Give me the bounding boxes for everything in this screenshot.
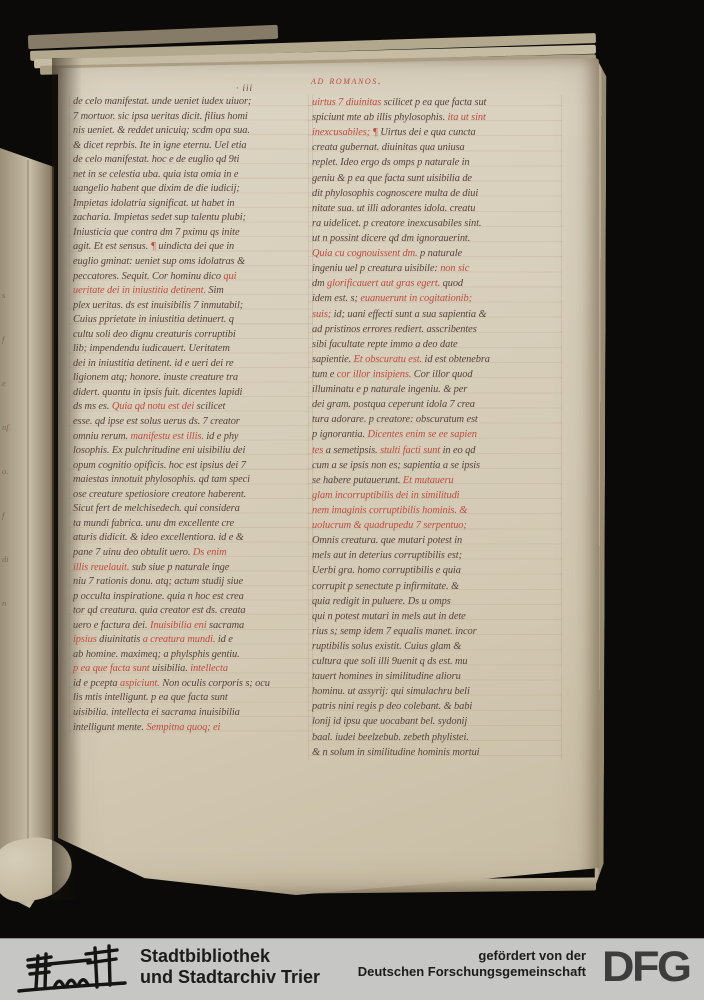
ink-text: didert. quantu in ipsis fuit. dicentes l… [73,387,242,398]
ink-text: & dicet reprbis. Ite in igne eternu. Uel… [73,140,246,151]
ink-text: quod [443,278,463,289]
manuscript-line: uolucrum & quadrupedu 7 serpentuo; [312,518,558,533]
rubric-text: intellecta [190,663,228,674]
showthrough-letter: n [2,598,22,608]
ink-text: Uerbi gra. homo corruptibilis e quia [312,565,461,576]
ink-text: lis mtis intelligunt. p ea que facta sun… [73,692,228,703]
ink-text: Non oculis corporis s; ocu [162,678,270,689]
rubric-text: nem imaginis corruptibilis hominis. & [312,505,467,516]
ink-text: uisibilia. [152,663,190,674]
rubric-text: manifestu est illis. [130,431,206,442]
ink-text: uisibilia. intellecta ei sacrama inuisib… [73,707,240,718]
rubric-text: illis reuelauit. [73,562,132,573]
ink-text: Impietas idolatria significat. ut habet … [73,198,234,209]
manuscript-line: cum a se ipsis non es; sapientia a se ip… [312,458,558,473]
manuscript-line: hominu. ut assyrij: qui simulachru beli [312,684,558,699]
manuscript-line: dit phylosophis cognoscere multa de diui [312,186,558,201]
ink-text: hominu. ut assyrij: qui simulachru beli [312,686,470,697]
manuscript-line: geniu & p ea que facta sunt uisibilia de [312,171,558,186]
showthrough-letter: di [2,554,22,564]
rubric-text: stulti facti sunt [380,445,443,456]
manuscript-line: didert. quantu in ipsis fuit. dicentes l… [73,386,309,401]
manuscript-line: dm glorificauert aut gras egert. quod [312,276,558,291]
ink-text: agit. Et est sensus. [73,241,151,252]
ink-text: id e [218,634,233,645]
ink-text: lonij id ipsu que uocabant bel. sydonij [312,716,467,727]
ink-text: creata gubernat. diuinitas qua uniusa [312,142,465,153]
rubric-text: uolucrum & quadrupedu 7 serpentuo; [312,520,467,531]
manuscript-line: net in se celestia uba. quia ista omia i… [73,168,309,183]
manuscript-line: p occulta inspiratione. quia n hoc est c… [73,590,309,605]
manuscript-line: ta mundi fabrica. unu dm excellente cre [73,517,309,532]
manuscript-line: Sicut fert de melchisedech. qui consider… [73,502,309,517]
folio-mark: · iii [236,83,253,93]
ink-text: ruptibilis solus existit. Cuius glam & [312,641,461,652]
ink-text: zacharia. Impietas sedet sup talentu plu… [73,212,246,223]
ink-text: ligionem atq; honore. inuste creature tr… [73,372,238,383]
manuscript-line: tum e cor illor insipiens. Cor illor quo… [312,367,558,382]
manuscript-line: tor qd creatura. quia creator est ds. cr… [73,604,309,619]
ink-text: sibi facultate repte immo a deo date [312,339,458,350]
manuscript-line: cultura que soli illi 9uenit q ds est. m… [312,654,558,669]
ink-text: net in se celestia uba. quia ista omia i… [73,169,238,180]
manuscript-line: p ignorantia. Dicentes enim se ee sapien [312,427,558,442]
running-header-rubric: ad romanos. [311,75,382,87]
manuscript-line: quia redigit in puluere. Ds u omps [312,594,558,609]
ink-text: uindicta dei que in [158,241,234,252]
manuscript-line: uero e factura dei. Inuisibilia eni sacr… [73,619,309,634]
manuscript-line: mels aut in deterius corruptibilis est; [312,548,558,563]
manuscript-line: ab homine. maximeq; a phylsphis gentiu. [73,648,309,663]
manuscript-line: glam incorruptibilis dei in similitudi [312,488,558,503]
showthrough-letter: o. [2,466,22,476]
rubric-text: inexcusabiles; ¶ [312,127,380,138]
manuscript-line: aturis didicit. & ideo excellentiora. id… [73,531,309,546]
funding-note: gefördert von der Deutschen Forschungsge… [358,948,586,980]
ink-text: niu 7 rationis donu. atq; actum studij s… [73,576,243,587]
ink-text: aturis didicit. & ideo excellentiora. id… [73,532,244,543]
funding-line2: Deutschen Forschungsgemeinschaft [358,964,586,980]
manuscript-line: euglio gminat: ueniet sup oms idolatras … [73,255,309,270]
ink-text: tauert homines in similitudine alioru [312,671,461,682]
ink-text: patris nini regis p deo colebant. & babi [312,701,472,712]
ink-text: baal. iudei beelzebub. zebeth phylistei. [312,732,469,743]
manuscript-line: ligionem atq; honore. inuste creature tr… [73,371,309,386]
ink-text: dei gram. postqua ceperunt idola 7 crea [312,399,475,410]
manuscript-line: Impietas idolatria significat. ut habet … [73,197,309,212]
ink-text: in eo qd [443,445,476,456]
ink-text: lib; impendendu iudicauert. Ueritatem [73,343,230,354]
manuscript-line: Quia cu cognouissent dm. p naturale [312,246,558,261]
manuscript-line: rius s; semp idem 7 equalis manet. incor [312,624,558,639]
manuscript-line: lis mtis intelligunt. p ea que facta sun… [73,691,309,706]
manuscript-line: losophis. Ex pulchritudine eni uisibiliu… [73,444,309,459]
funding-line1: gefördert von der [358,948,586,964]
rubric-text: euanuerunt in cogitationib; [360,293,472,304]
ink-text: cultu soli deo dignu creaturis corruptib… [73,329,236,340]
manuscript-line: Uerbi gra. homo corruptibilis e quia [312,563,558,578]
ink-text: ab homine. maximeq; a phylsphis gentiu. [73,649,240,660]
manuscript-line: inexcusabiles; ¶ Uirtus dei e qua cuncta [312,125,558,140]
ink-text: nitate sua. ut illi adorantes idola. cre… [312,203,475,214]
manuscript-line: de celo manifestat. hoc e de euglio qd 9… [73,153,309,168]
manuscript-line: uangelio habent que dixim de die iudicij… [73,182,309,197]
ink-text: maiestas innotuit phylosophis. qd tam sp… [73,474,250,485]
ink-text: ingeniu uel p creatura uisibile: [312,263,440,274]
ink-text: p occulta inspiratione. quia n hoc est c… [73,591,244,602]
rubric-text: tes [312,445,326,456]
manuscript-line: illis reuelauit. sub siue p naturale ing… [73,561,309,576]
manuscript-line: de celo manifestat. unde ueniet iudex ui… [73,95,309,110]
ink-text: uero e factura dei. [73,620,150,631]
ink-text: Sim [208,285,223,296]
ink-text: Sicut fert de melchisedech. qui consider… [73,503,240,514]
ink-text: ra uidelicet. p creatore inexcusabiles s… [312,218,481,229]
ink-text: euglio gminat: ueniet sup oms idolatras … [73,256,245,267]
manuscript-line: ds ms es. Quia qd notu est dei scilicet [73,400,309,415]
ink-text: tura adorare. p creatore: obscuratum est [312,414,478,425]
ink-text: intelligunt mente. [73,722,146,733]
manuscript-line: uisibilia. intellecta ei sacrama inuisib… [73,706,309,721]
ink-text: omniu rerum. [73,431,130,442]
ink-text: illuminatu e p naturale ingeniu. & per [312,384,467,395]
manuscript-line: ingeniu uel p creatura uisibile: non sic [312,261,558,276]
manuscript-line: ad pristinos errores rediert. asscribent… [312,322,558,337]
manuscript-line: ruptibilis solus existit. Cuius glam & [312,639,558,654]
rubric-text: uirtus 7 diuinitas [312,97,384,108]
rubric-text: p ea que facta sunt [73,663,152,674]
manuscript-line: 7 mortuor. sic ipsa ueritas dicit. filiu… [73,110,309,125]
ink-text: uangelio habent que dixim de die iudicij… [73,183,240,194]
rubric-text: Ds enim [193,547,227,558]
manuscript-line: lonij id ipsu que uocabant bel. sydonij [312,714,558,729]
manuscript-line: Iniusticia que contra dm 7 pximu qs init… [73,226,309,241]
manuscript-line: & n solum in similitudine hominis mortui [312,745,558,760]
manuscript-line: suis; id; uani effecti sunt a sua sapien… [312,307,558,322]
manuscript-line: idem est. s; euanuerunt in cogitationib; [312,291,558,306]
ink-text: peccatores. Sequit. Cor hominu dico [73,271,223,282]
ink-text: ose creature spetiosiore creatore habere… [73,489,246,500]
manuscript-line: agit. Et est sensus. ¶ uindicta dei que … [73,240,309,255]
rubric-text: Quia cu cognouissent dm. [312,248,420,259]
ink-text: cultura que soli illi 9uenit q ds est. m… [312,656,468,667]
rubric-text: cor illor insipiens. [337,369,414,380]
ink-text: spiciunt mte ab illis phylosophis. [312,112,448,123]
ink-text: sacrama [209,620,244,631]
manuscript-line: tes a semetipsis. stulti facti sunt in e… [312,443,558,458]
showthrough-fragments: sfenfo.fdin [2,290,22,608]
manuscript-line: plex ueritas. ds est inuisibilis 7 inmut… [73,299,309,314]
manuscript-line: esse. qd ipse est solus uerus ds. 7 crea… [73,415,309,430]
library-name-line2: und Stadtarchiv Trier [140,967,320,988]
rubric-text: glam incorruptibilis dei in similitudi [312,490,459,501]
ink-text: ds ms es. [73,401,112,412]
ink-text: p naturale [420,248,462,259]
ink-text: idem est. s; [312,293,360,304]
rubric-text: non sic [440,263,469,274]
manuscript-line: maiestas innotuit phylosophis. qd tam sp… [73,473,309,488]
ink-text: de celo manifestat. hoc e de euglio qd 9… [73,154,239,165]
ink-text: replet. Ideo ergo ds omps p naturale in [312,157,470,168]
showthrough-letter: nf [2,422,22,432]
ink-text: sub siue p naturale inge [132,562,229,573]
rubric-text: a creatura mundi. [143,634,218,645]
manuscript-line: replet. Ideo ergo ds omps p naturale in [312,155,558,170]
ink-text: quia redigit in puluere. Ds u omps [312,596,451,607]
ink-text: ad pristinos errores rediert. asscribent… [312,324,477,335]
manuscript-line: id e pcepta aspiciunt. Non oculis corpor… [73,677,309,692]
manuscript-line: omniu rerum. manifestu est illis. id e p… [73,430,309,445]
trier-porta-nigra-logo-icon [16,943,128,997]
library-name-line1: Stadtbibliothek [140,946,320,967]
rubric-text: aspiciunt. [120,678,162,689]
manuscript-line: niu 7 rationis donu. atq; actum studij s… [73,575,309,590]
manuscript-line: illuminatu e p naturale ingeniu. & per [312,382,558,397]
showthrough-letter: e [2,378,22,388]
ink-text: rius s; semp idem 7 equalis manet. incor [312,626,477,637]
ink-text: plex ueritas. ds est inuisibilis 7 inmut… [73,300,243,311]
manuscript-line: patris nini regis p deo colebant. & babi [312,699,558,714]
ink-text: mels aut in deterius corruptibilis est; [312,550,462,561]
manuscript-line: creata gubernat. diuinitas qua uniusa [312,140,558,155]
ink-text: pane 7 uinu deo obtulit uero. [73,547,193,558]
ink-text: ta mundi fabrica. unu dm excellente cre [73,518,234,529]
manuscript-line: sibi facultate repte immo a deo date [312,337,558,352]
rubric-text: Sempitna quoq; ei [146,722,220,733]
ink-text: Cuius pprietate in iniustitia detinuert.… [73,314,234,325]
rubric-text: suis; [312,309,334,320]
manuscript-line: cultu soli deo dignu creaturis corruptib… [73,328,309,343]
ink-text: Uirtus dei e qua cuncta [380,127,475,138]
rubric-text: glorificauert aut gras egert. [327,278,443,289]
ink-text: id e pcepta [73,678,120,689]
manuscript-line: ra uidelicet. p creatore inexcusabiles s… [312,216,558,231]
ink-text: opum cognitio opificis. hoc est ipsius d… [73,460,246,471]
manuscript-line: dei in iniustitia detinent. id e ueri de… [73,357,309,372]
manuscript-line: baal. iudei beelzebub. zebeth phylistei. [312,730,558,745]
manuscript-line: ose creature spetiosiore creatore habere… [73,488,309,503]
manuscript-line: Cuius pprietate in iniustitia detinuert.… [73,313,309,328]
ink-text: & n solum in similitudine hominis mortui [312,747,479,758]
ink-text: esse. qd ipse est solus uerus ds. 7 crea… [73,416,240,427]
library-name: Stadtbibliothek und Stadtarchiv Trier [140,946,320,988]
ink-text: nis ueniet. & reddet unicuiq; scdm opa s… [73,125,250,136]
ink-text: p ignorantia. [312,429,367,440]
manuscript-line: nis ueniet. & reddet unicuiq; scdm opa s… [73,124,309,139]
ink-text: sapientie. [312,354,354,365]
manuscript-line: tauert homines in similitudine alioru [312,669,558,684]
rubric-text: Et obscuratu est. [354,354,425,365]
manuscript-line: dei gram. postqua ceperunt idola 7 crea [312,397,558,412]
manuscript-line: lib; impendendu iudicauert. Ueritatem [73,342,309,357]
ink-text: a semetipsis. [326,445,380,456]
ink-text: Omnis creatura. que mutari potest in [312,535,462,546]
ink-text: ut n possint dicere qd dm ignorauerint. [312,233,470,244]
manuscript-line: nem imaginis corruptibilis hominis. & [312,503,558,518]
ink-text: scilicet p ea que facta sut [384,97,487,108]
ink-text: de celo manifestat. unde ueniet iudex ui… [73,96,251,107]
digitized-manuscript-photo: sfenfo.fdin ad romanos. · iii de celo ma… [0,0,704,1000]
manuscript-line: ipsius diuinitatis a creatura mundi. id … [73,633,309,648]
manuscript-line: & dicet reprbis. Ite in igne eternu. Uel… [73,139,309,154]
rubric-text: Inuisibilia eni [150,620,209,631]
manuscript-line: opum cognitio opificis. hoc est ipsius d… [73,459,309,474]
showthrough-letter: f [2,510,22,520]
ink-text: corrupit p senectute p infirmitate. & [312,581,459,592]
ink-text: diuinitatis [99,634,143,645]
rubric-text: qui [223,271,236,282]
ink-text: id; uani effecti sunt a sua sapientia & [334,309,487,320]
rubric-text: ita ut sint [448,112,486,123]
ink-text: qui n potest mutari in mels aut in dete [312,611,466,622]
manuscript-line: ueritate dei in iniustitia detinent. Sim [73,284,309,299]
manuscript-line: p ea que facta sunt uisibilia. intellect… [73,662,309,677]
ink-text: Iniusticia que contra dm 7 pximu qs init… [73,227,239,238]
manuscript-line: nitate sua. ut illi adorantes idola. cre… [312,201,558,216]
page-crease [27,160,29,890]
ink-text: cum a se ipsis non es; sapientia a se ip… [312,460,480,471]
manuscript-line: qui n potest mutari in mels aut in dete [312,609,558,624]
manuscript-line: corrupit p senectute p infirmitate. & [312,579,558,594]
manuscript-line: peccatores. Sequit. Cor hominu dico qui [73,270,309,285]
ink-text: tor qd creatura. quia creator est ds. cr… [73,605,246,616]
ink-text: 7 mortuor. sic ipsa ueritas dicit. filiu… [73,111,248,122]
manuscript-line: tura adorare. p creatore: obscuratum est [312,412,558,427]
manuscript-line: uirtus 7 diuinitas scilicet p ea que fac… [312,95,558,110]
ink-text: dm [312,278,327,289]
ink-text: se habere putauerunt. [312,475,403,486]
manuscript-line: pane 7 uinu deo obtulit uero. Ds enim [73,546,309,561]
dfg-logo: DFG [602,942,690,991]
manuscript-line: ut n possint dicere qd dm ignorauerint. [312,231,558,246]
ink-text: dit phylosophis cognoscere multa de diui [312,188,478,199]
rubric-text: Dicentes enim se ee sapien [367,429,476,440]
manuscript-line: se habere putauerunt. Et mutaueru [312,473,558,488]
ink-text: id est obtenebra [425,354,490,365]
ink-text: scilicet [197,401,226,412]
showthrough-letter: s [2,290,22,300]
ink-text: id e phy [206,431,238,442]
rubric-text: ueritate dei in iniustitia detinent. [73,285,208,296]
manuscript-line: intelligunt mente. Sempitna quoq; ei [73,721,309,736]
text-column-right: uirtus 7 diuinitas scilicet p ea que fac… [308,95,562,760]
ink-text: Cor illor quod [414,369,473,380]
ink-text: geniu & p ea que facta sunt uisibilia de [312,173,472,184]
rubric-text: ipsius [73,634,99,645]
ink-text: dei in iniustitia detinent. id e ueri de… [73,358,234,369]
manuscript-line: spiciunt mte ab illis phylosophis. ita u… [312,110,558,125]
rubric-text: Quia qd notu est dei [112,401,197,412]
text-column-left: de celo manifestat. unde ueniet iudex ui… [69,95,313,735]
ink-text: tum e [312,369,337,380]
showthrough-letter: f [2,334,22,344]
manuscript-line: Omnis creatura. que mutari potest in [312,533,558,548]
manuscript-line: zacharia. Impietas sedet sup talentu plu… [73,211,309,226]
manuscript-line: sapientie. Et obscuratu est. id est obte… [312,352,558,367]
ink-text: losophis. Ex pulchritudine eni uisibiliu… [73,445,245,456]
rubric-text: Et mutaueru [403,475,454,486]
